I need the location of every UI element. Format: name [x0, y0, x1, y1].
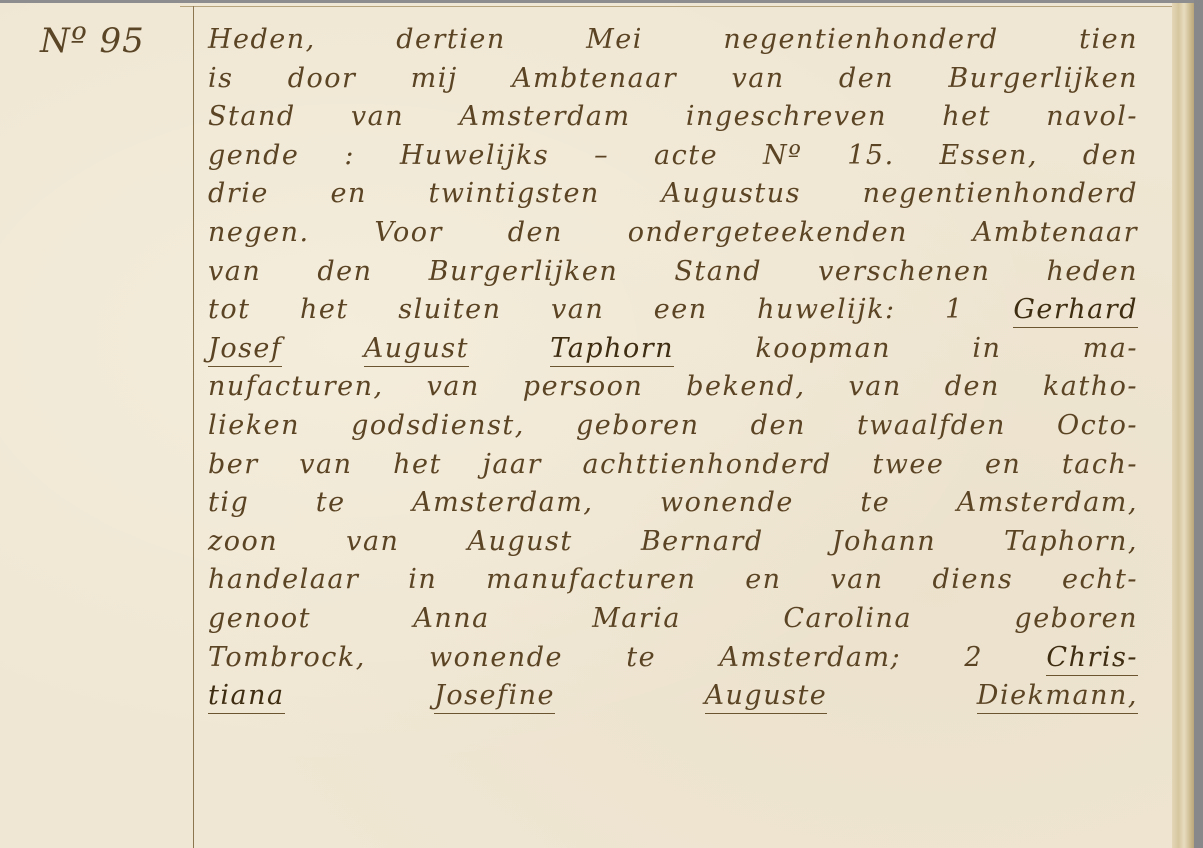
- viewer-background-strip: [1194, 0, 1203, 848]
- bride-first-name-rest: tiana: [208, 680, 285, 714]
- deed-text: Heden, dertien Mei negentienhonderd tien…: [208, 21, 1138, 716]
- text-line: lieken godsdienst, geboren den twaalfden…: [208, 407, 1138, 446]
- text-line-bride-names: tiana Josefine Auguste Diekmann,: [208, 677, 1138, 716]
- groom-first-name: Gerhard: [1013, 294, 1138, 328]
- groom-occupation: koopman in ma-: [755, 333, 1138, 364]
- bride-middle-name-1: Josefine: [434, 680, 555, 714]
- page-top-rule: [180, 6, 1172, 7]
- page-edge: [1172, 3, 1194, 848]
- text-segment: Tombrock, wonende te Amsterdam; 2: [208, 642, 983, 673]
- text-line: handelaar in manufacturen en van diens e…: [208, 561, 1138, 600]
- text-line: Heden, dertien Mei negentienhonderd tien: [208, 21, 1138, 60]
- text-line-groom-start: tot het sluiten van een huwelijk: 1 Gerh…: [208, 291, 1138, 330]
- groom-middle-name-2: August: [364, 333, 469, 367]
- text-line: van den Burgerlijken Stand verschenen he…: [208, 253, 1138, 292]
- text-line: is door mij Ambtenaar van den Burgerlijk…: [208, 60, 1138, 99]
- bride-surname: Diekmann,: [977, 680, 1138, 714]
- record-number: Nº 95: [40, 21, 145, 61]
- text-line: Stand van Amsterdam ingeschreven het nav…: [208, 98, 1138, 137]
- document-viewer: Nº 95 Heden, dertien Mei negentienhonder…: [0, 0, 1203, 848]
- groom-middle-name-1: Josef: [208, 333, 282, 367]
- text-line: ber van het jaar achttienhonderd twee en…: [208, 446, 1138, 485]
- text-line: tig te Amsterdam, wonende te Amsterdam,: [208, 484, 1138, 523]
- text-segment: tot het sluiten van een huwelijk: 1: [208, 294, 964, 325]
- text-line: zoon van August Bernard Johann Taphorn,: [208, 523, 1138, 562]
- bride-first-name-part: Chris-: [1046, 642, 1138, 676]
- text-line: nufacturen, van persoon bekend, van den …: [208, 368, 1138, 407]
- text-line: negen. Voor den ondergeteekenden Ambtena…: [208, 214, 1138, 253]
- register-page: Nº 95 Heden, dertien Mei negentienhonder…: [0, 3, 1172, 848]
- text-line-groom-names: Josef August Taphorn koopman in ma-: [208, 330, 1138, 369]
- text-line-bride-start: Tombrock, wonende te Amsterdam; 2 Chris-: [208, 639, 1138, 678]
- text-line: genoot Anna Maria Carolina geboren: [208, 600, 1138, 639]
- text-line: drie en twintigsten Augustus negentienho…: [208, 175, 1138, 214]
- margin-rule: [193, 6, 194, 848]
- text-line: gende : Huwelijks – acte Nº 15. Essen, d…: [208, 137, 1138, 176]
- groom-surname: Taphorn: [550, 333, 674, 367]
- bride-middle-name-2: Auguste: [705, 680, 828, 714]
